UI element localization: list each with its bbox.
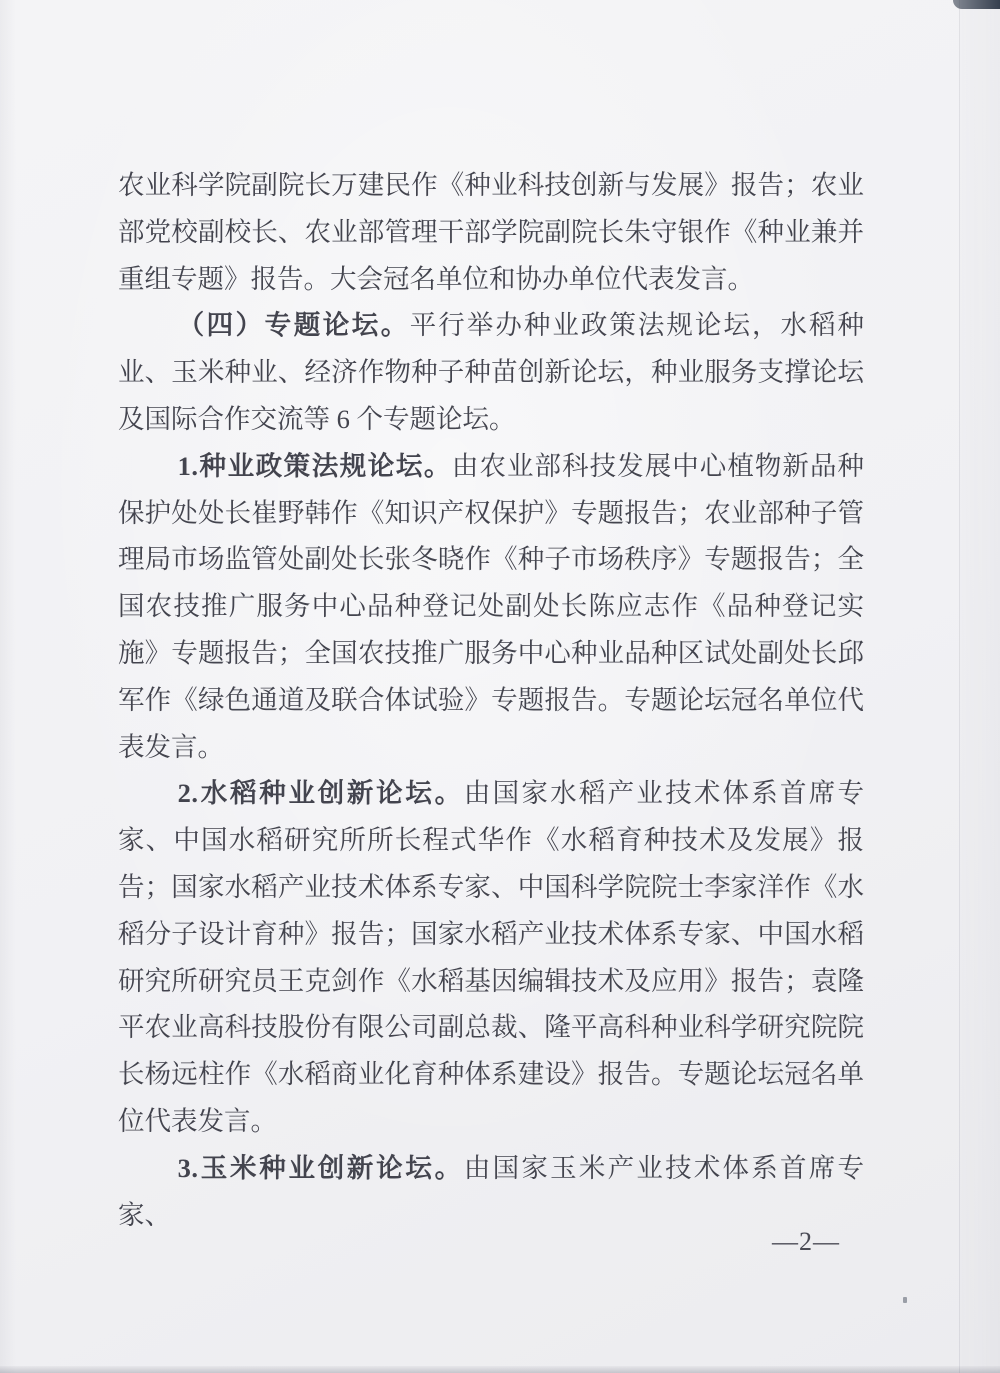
scan-speck-artifact — [903, 1297, 907, 1303]
page-number: —2— — [772, 1227, 840, 1257]
paragraph: 2.水稻种业创新论坛。由国家水稻产业技术体系首席专家、中国水稻研究所所长程式华作… — [118, 770, 864, 1144]
paragraph-lead: 3.玉米种业创新论坛。 — [178, 1153, 464, 1183]
paragraph-lead: 1.种业政策法规论坛。 — [178, 451, 452, 481]
paragraph: 1.种业政策法规论坛。由农业部科技发展中心植物新品种保护处处长崔野韩作《知识产权… — [118, 443, 864, 771]
paragraph-text: 农业科学院副院长万建民作《种业科技创新与发展》报告；农业部党校副校长、农业部管理… — [118, 170, 864, 294]
paragraph-text: 由国家水稻产业技术体系首席专家、中国水稻研究所所长程式华作《水稻育种技术及发展》… — [118, 778, 864, 1136]
scan-left-edge-shadow — [0, 0, 16, 1373]
scan-right-edge-shadow — [959, 0, 1000, 1373]
scan-bottom-edge-shadow — [0, 1366, 1000, 1373]
document-body: 农业科学院副院长万建民作《种业科技创新与发展》报告；农业部党校副校长、农业部管理… — [118, 162, 864, 1238]
paragraph: 农业科学院副院长万建民作《种业科技创新与发展》报告；农业部党校副校长、农业部管理… — [118, 162, 864, 302]
paragraph: （四）专题论坛。平行举办种业政策法规论坛，水稻种业、玉米种业、经济作物种子种苗创… — [118, 302, 864, 442]
scan-corner-artifact — [953, 0, 1000, 9]
paragraph-lead: 2.水稻种业创新论坛。 — [178, 778, 464, 808]
paragraph-lead: （四）专题论坛。 — [178, 310, 410, 340]
paragraph-text: 由农业部科技发展中心植物新品种保护处处长崔野韩作《知识产权保护》专题报告；农业部… — [118, 451, 864, 762]
paragraph: 3.玉米种业创新论坛。由国家玉米产业技术体系首席专家、 — [118, 1145, 864, 1239]
scanned-document-page: 农业科学院副院长万建民作《种业科技创新与发展》报告；农业部党校副校长、农业部管理… — [0, 0, 1000, 1373]
